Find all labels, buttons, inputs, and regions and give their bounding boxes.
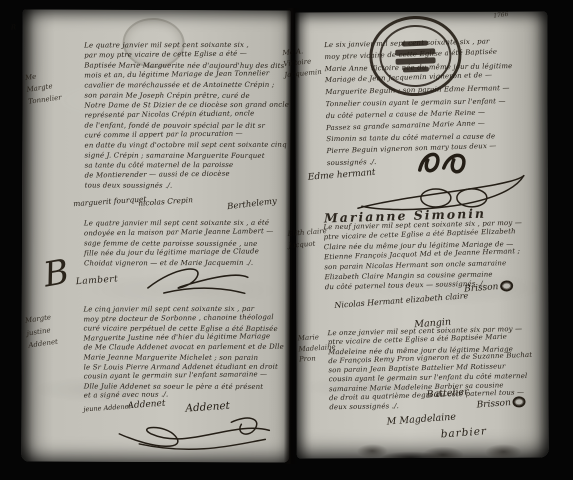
handwriting-line: Marguerite Justine née d'hier du légitim… — [83, 332, 283, 344]
baptism-entry: Le cinq janvier mil sept cent soixante s… — [83, 305, 284, 402]
signature: Brisson — [464, 280, 514, 295]
handwriting-line: de Me Claude Addenet avocat en parlement… — [84, 343, 284, 353]
corner-inscription-right: 1766 — [493, 11, 509, 20]
handwriting-line: signé J. Crépin ; samaraine Marguerite F… — [85, 150, 290, 161]
signature: Addenet — [127, 399, 166, 412]
handwriting-line: par moy ptre vicaire de cette Eglise a é… — [84, 48, 289, 60]
handwriting-line: son parain Me Joseph Crépin prêtre, curé… — [84, 90, 289, 101]
signature-text: Brisson — [464, 282, 499, 294]
handwriting-line: représenté par Nicolas Crépin étudiant, … — [84, 108, 289, 120]
binding-gutter — [284, 8, 300, 464]
signature-flourish — [111, 412, 279, 455]
paraph-circle — [512, 396, 526, 408]
handwriting-line: Addenet — [28, 336, 59, 352]
signature: M Magdelaine — [386, 411, 456, 427]
signature-flourish — [142, 262, 254, 300]
paraph-circle — [500, 280, 514, 292]
signature: Berthelemy — [227, 196, 278, 212]
baptism-entry: Le quatre janvier mil sept cent soixante… — [84, 40, 289, 191]
signature: Nicolas Hermant elizabeth claire — [334, 291, 468, 310]
handwriting-line: de Montierender — aussi de ce diocèse — [85, 168, 290, 180]
handwriting-line: curé comme il appert par la procuration … — [84, 128, 289, 140]
handwriting-line: mois et an, du légitime Mariage de Jean … — [84, 68, 289, 80]
handwriting-line: cousin ayant le germain sur l'enfant sam… — [84, 370, 284, 382]
baptism-entry: Le quatre janvier mil sept cent soixante… — [84, 218, 274, 269]
signature: Lambert — [76, 274, 119, 287]
handwriting-line: ondoyée en la maison par Marie Jeanne La… — [84, 226, 274, 238]
signature: barbier — [440, 425, 487, 440]
left-page: R MeMargteTonnelier Le quatre janvier mi… — [21, 10, 291, 463]
handwriting-line: et a signé avec nous ./. — [84, 389, 284, 401]
margin-note: MargtejustineAddenet — [24, 311, 58, 352]
handwriting-line: moy ptre docteur de Sorbonne , chanoine … — [83, 313, 283, 325]
handwriting-line: fille née du jour du légitime mariage de… — [84, 246, 274, 258]
right-page: 1766 Me A.VictoireJacquemin Le six janvi… — [295, 12, 549, 459]
handwriting-line: Marie Jeanne Marguerite Michelet ; son p… — [84, 353, 284, 363]
ondoiement-paraph: B — [41, 252, 72, 296]
handwriting-line: en datte du vingt d'octobre mil sept cen… — [85, 140, 290, 151]
margin-note: MeMargteTonnelier — [24, 68, 62, 108]
handwriting-line: cavalier de maréchaussée et de Antoinett… — [84, 80, 289, 91]
handwriting-line: tous deux soussignés ./. — [85, 180, 290, 191]
register-scan: R MeMargteTonnelier Le quatre janvier mi… — [0, 0, 573, 480]
corner-inscription-left: R — [10, 23, 16, 31]
signature: marguerit fourquet — [73, 194, 147, 208]
